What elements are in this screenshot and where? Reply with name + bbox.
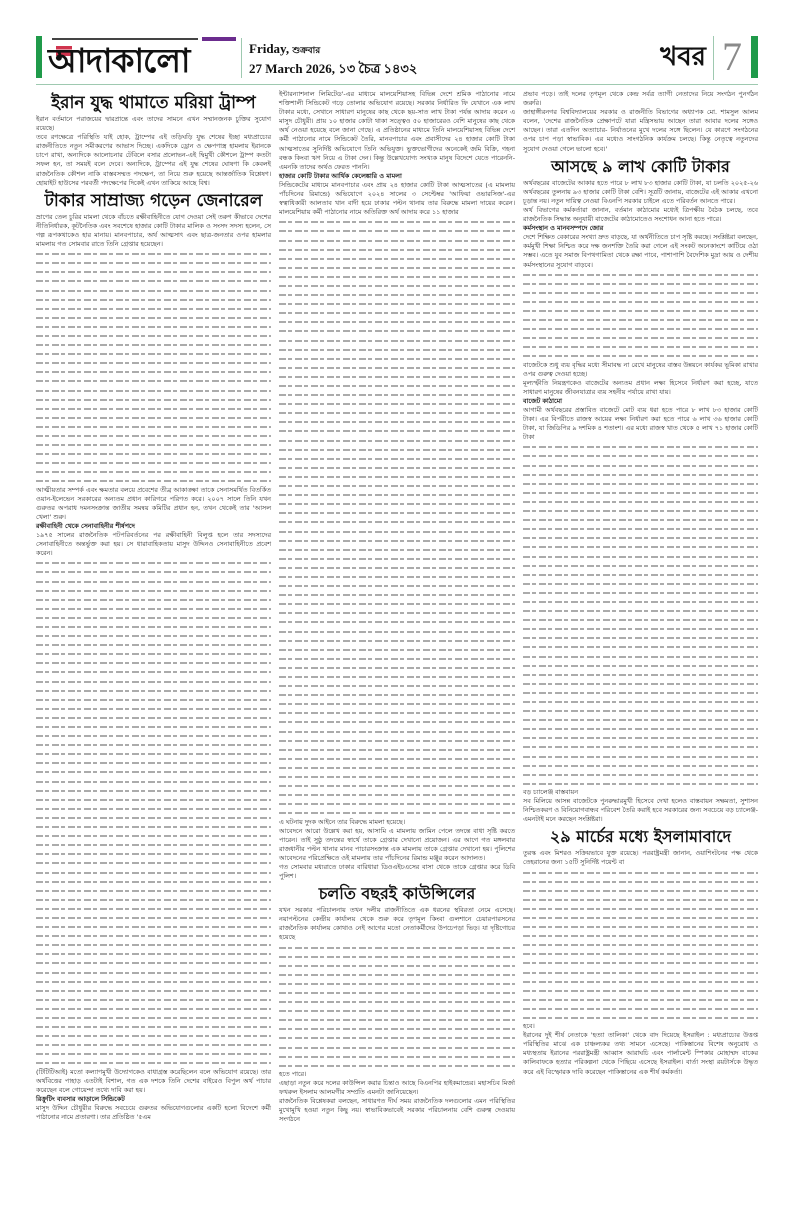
text-line xyxy=(36,986,271,995)
text-line xyxy=(36,313,271,322)
text-line xyxy=(523,633,758,642)
text-line xyxy=(36,886,271,895)
text-line xyxy=(523,506,758,515)
text-line xyxy=(279,1006,515,1015)
text-line xyxy=(36,358,271,367)
text-line xyxy=(279,263,515,272)
text-line xyxy=(36,995,271,1004)
text-line xyxy=(523,597,758,606)
text-line xyxy=(36,931,271,940)
text-line xyxy=(523,324,758,333)
text-line xyxy=(523,977,758,986)
text-line xyxy=(279,708,515,717)
text-line xyxy=(36,304,271,313)
text-line xyxy=(279,1033,515,1042)
article-subheading: বাজেট কাঠামো xyxy=(523,397,758,406)
text-line xyxy=(36,340,271,349)
text-line xyxy=(279,645,515,654)
text-line xyxy=(36,868,271,877)
text-line xyxy=(279,372,515,381)
article-subheading: রক্ষীবাহিনী থেকে সেনাবাহিনীর শীর্ষপদে xyxy=(36,522,271,531)
article-paragraph: আগামী অর্থবছরের প্রস্তাবিত বাজেটে মোট ব্… xyxy=(523,406,758,442)
text-line xyxy=(523,524,758,533)
article-body-continued xyxy=(279,943,515,1070)
text-line xyxy=(36,958,271,967)
text-line xyxy=(279,281,515,290)
text-line xyxy=(279,226,515,235)
article-paragraph: এছাড়া নতুন করে দলের কাউন্সিল করার চিন্ত… xyxy=(279,1079,515,1097)
text-line xyxy=(279,308,515,317)
text-line xyxy=(523,877,758,886)
text-line xyxy=(279,590,515,599)
text-line xyxy=(36,604,271,613)
text-line xyxy=(279,572,515,581)
text-line xyxy=(36,1049,271,1058)
dateline: Friday, শুক্রবার 27 March 2026, ১৩ চৈত্র… xyxy=(249,40,417,77)
text-line xyxy=(36,331,271,340)
text-line xyxy=(36,877,271,886)
text-line xyxy=(279,690,515,699)
text-line xyxy=(36,613,271,622)
text-line xyxy=(279,627,515,636)
text-line xyxy=(523,315,758,324)
text-line xyxy=(36,686,271,695)
text-line xyxy=(279,699,515,708)
text-line xyxy=(36,349,271,358)
article-paragraph: প্রভাব পড়ে। তাই দলের তৃণমূল থেকে কেন্দ্… xyxy=(523,90,758,108)
accent-bar-left xyxy=(36,36,42,78)
text-line xyxy=(36,622,271,631)
text-line xyxy=(36,749,271,758)
text-line xyxy=(279,317,515,326)
text-line xyxy=(523,895,758,904)
text-line xyxy=(279,527,515,536)
text-line xyxy=(523,552,758,561)
text-line xyxy=(279,326,515,335)
text-line xyxy=(279,781,515,790)
article-paragraph: বাজেটকে শুধু ব্যয় বৃদ্ধির মধ্যে সীমাবদ্… xyxy=(523,361,758,379)
text-line xyxy=(36,413,271,422)
text-line xyxy=(36,376,271,385)
article-body-continued xyxy=(523,270,758,361)
text-line xyxy=(279,545,515,554)
day-en: Friday, xyxy=(249,41,289,56)
text-line xyxy=(523,497,758,506)
text-line xyxy=(279,390,515,399)
text-line xyxy=(36,913,271,922)
text-line xyxy=(523,624,758,633)
text-line xyxy=(523,868,758,877)
text-line xyxy=(523,679,758,688)
text-line xyxy=(523,333,758,342)
text-line xyxy=(523,922,758,931)
text-line xyxy=(36,649,271,658)
text-line xyxy=(36,695,271,704)
article-paragraph: অর্থ বিভাগের কর্মকর্তারা জানান, বর্তমান … xyxy=(523,206,758,224)
text-line xyxy=(523,661,758,670)
text-line xyxy=(279,617,515,626)
article-paragraph: যখন সরকার পরিচালনায় তখন দলীয় রাজনীতিতে… xyxy=(279,906,515,942)
text-line xyxy=(279,254,515,263)
text-line xyxy=(36,558,271,567)
text-line xyxy=(279,970,515,979)
text-line xyxy=(36,895,271,904)
text-line xyxy=(523,761,758,770)
text-line xyxy=(523,688,758,697)
text-line xyxy=(36,849,271,858)
text-line xyxy=(279,599,515,608)
date-line: 27 March 2026, ১৩ চৈত্র ১৪৩২ xyxy=(249,60,417,77)
text-line xyxy=(36,567,271,576)
text-line xyxy=(523,706,758,715)
article-paragraph: হতে পারে। xyxy=(279,1070,515,1079)
article-body-continued xyxy=(523,442,758,788)
text-line xyxy=(523,1013,758,1022)
text-line xyxy=(279,517,515,526)
text-line xyxy=(36,658,271,667)
text-line xyxy=(523,652,758,661)
text-line xyxy=(523,451,758,460)
text-line xyxy=(523,986,758,995)
text-line xyxy=(523,904,758,913)
text-line xyxy=(36,640,271,649)
text-line xyxy=(279,663,515,672)
article-headline[interactable]: ২৯ মার্চের মধ্যে ইসলামাবাদে xyxy=(523,826,758,848)
text-line xyxy=(279,1015,515,1024)
article-paragraph: রাজনৈতিক বিশ্লেষকরা বলছেন, সাধারণত দীর্ঘ… xyxy=(279,1097,515,1124)
page-number-divider xyxy=(713,36,714,80)
text-line xyxy=(279,1061,515,1070)
text-line xyxy=(523,288,758,297)
text-line xyxy=(36,577,271,586)
text-line xyxy=(36,1013,271,1022)
article-body-continued xyxy=(279,217,515,817)
text-line xyxy=(279,345,515,354)
article-headline[interactable]: আসছে ৯ লাখ কোটি টাকার xyxy=(523,156,758,178)
text-line xyxy=(279,745,515,754)
text-line xyxy=(523,697,758,706)
text-line xyxy=(279,979,515,988)
text-line xyxy=(523,995,758,1004)
text-line xyxy=(279,681,515,690)
text-line xyxy=(279,481,515,490)
text-line xyxy=(523,670,758,679)
text-line xyxy=(36,395,271,404)
text-line xyxy=(523,715,758,724)
text-line xyxy=(279,354,515,363)
text-line xyxy=(36,1040,271,1049)
text-line xyxy=(523,1004,758,1013)
text-line xyxy=(279,763,515,772)
text-line xyxy=(279,408,515,417)
text-line xyxy=(36,704,271,713)
text-line xyxy=(279,508,515,517)
text-line xyxy=(523,270,758,279)
article-body-continued xyxy=(523,868,758,1023)
article-paragraph: মূল্যস্ফীতি নিয়ন্ত্রণকেও বাজেটের অন্যতম… xyxy=(523,379,758,397)
text-line xyxy=(523,770,758,779)
text-line xyxy=(279,236,515,245)
text-line xyxy=(36,449,271,458)
text-line xyxy=(36,295,271,304)
text-line xyxy=(36,367,271,376)
text-line xyxy=(279,672,515,681)
article-paragraph: মাসুদ উদ্দিন চৌধুরীর বিরুদ্ধে সবচেয়ে গু… xyxy=(36,1104,271,1122)
logo-rule xyxy=(52,38,198,40)
article-paragraph: অর্থবছরের বাজেটের আকার হতে পারে ৮ লাখ ৮৩… xyxy=(523,179,758,206)
text-line xyxy=(523,931,758,940)
article-paragraph: বড় চ্যালেঞ্জ বাস্তবায়ন xyxy=(523,788,758,797)
text-line xyxy=(279,299,515,308)
text-line xyxy=(36,740,271,749)
text-line xyxy=(523,579,758,588)
text-line xyxy=(36,440,271,449)
text-line xyxy=(36,795,271,804)
text-line xyxy=(279,436,515,445)
text-line xyxy=(36,631,271,640)
text-line xyxy=(36,813,271,822)
text-line xyxy=(36,922,271,931)
text-line xyxy=(279,445,515,454)
text-line xyxy=(523,488,758,497)
page-number: 7 xyxy=(722,34,742,80)
article-paragraph: হবে। xyxy=(523,1022,758,1031)
text-line xyxy=(279,754,515,763)
text-line xyxy=(279,799,515,808)
article-paragraph: এ ঘটনায় দুদক আইনে তার বিরুদ্ধে মামলা হয… xyxy=(279,818,515,827)
text-line xyxy=(36,858,271,867)
article-paragraph: তুরস্ক এবং মিশরও সক্রিয়ভাবে যুক্ত রয়েছ… xyxy=(523,849,758,867)
text-line xyxy=(523,958,758,967)
text-line xyxy=(523,588,758,597)
text-line xyxy=(36,458,271,467)
text-line xyxy=(279,636,515,645)
text-line xyxy=(36,831,271,840)
text-line xyxy=(36,949,271,958)
text-line xyxy=(523,913,758,922)
text-line xyxy=(523,642,758,651)
text-line xyxy=(36,322,271,331)
text-line xyxy=(36,840,271,849)
text-line xyxy=(279,727,515,736)
article-paragraph: ইরান বর্তমানে পরাজয়ের দ্বারপ্রান্তে এবং… xyxy=(36,115,271,133)
text-line xyxy=(36,1022,271,1031)
text-line xyxy=(279,490,515,499)
article-body-continued xyxy=(36,558,271,1067)
text-line xyxy=(279,736,515,745)
text-line xyxy=(523,779,758,788)
text-line xyxy=(36,777,271,786)
text-line xyxy=(36,786,271,795)
text-line xyxy=(523,515,758,524)
article-paragraph: ইরানের দুই শীর্ষ নেতাকে 'হত্যা তালিকা' থ… xyxy=(523,1031,758,1076)
text-line xyxy=(279,399,515,408)
newspaper-page: আদাকালো Friday, শুক্রবার 27 March 2026, … xyxy=(36,34,758,85)
text-line xyxy=(523,724,758,733)
masthead-divider xyxy=(241,38,242,78)
text-line xyxy=(279,1052,515,1061)
text-line xyxy=(523,733,758,742)
text-line xyxy=(36,422,271,431)
article-paragraph: সিন্ডিকেটের মাধ্যমে মানবপাচার এবং প্রায়… xyxy=(279,181,515,217)
text-line xyxy=(279,717,515,726)
text-line xyxy=(523,742,758,751)
text-line xyxy=(279,772,515,781)
text-line xyxy=(523,442,758,451)
day-bn: শুক্রবার xyxy=(292,46,320,56)
text-line xyxy=(279,417,515,426)
article-paragraph: (টিটিটিআই) মতো কল্যাণমুখী উদ্যোগকেও বাধা… xyxy=(36,1068,271,1095)
article-headline[interactable]: টাকার সাম্রাজ্য গড়েন জেনারেল xyxy=(36,190,271,212)
article-paragraph: ইন্টারন্যাশনাল লিমিটেড'-এর মাধ্যমে মালয়… xyxy=(279,90,515,172)
text-line xyxy=(36,476,271,485)
text-line xyxy=(279,363,515,372)
text-line xyxy=(523,461,758,470)
text-line xyxy=(36,1004,271,1013)
text-line xyxy=(36,713,271,722)
article-paragraph: গত সোমবার মধ্যরাতে ঢাকার বারিধারা ডিওএইচ… xyxy=(279,863,515,881)
accent-bar-right xyxy=(751,36,758,78)
text-line xyxy=(523,561,758,570)
text-line xyxy=(279,654,515,663)
text-line xyxy=(523,968,758,977)
column-1: ইরান যুদ্ধ থামাতে মরিয়া ট্রাম্পইরান বর্… xyxy=(36,90,271,1124)
text-line xyxy=(279,952,515,961)
text-line xyxy=(36,968,271,977)
text-line xyxy=(36,276,271,285)
text-line xyxy=(279,961,515,970)
article-paragraph: ১৯৭৫ সালের রাজনৈতিক পটপরিবর্তনের পর রক্ষ… xyxy=(36,531,271,558)
text-line xyxy=(523,752,758,761)
text-line xyxy=(36,431,271,440)
text-line xyxy=(36,404,271,413)
text-line xyxy=(523,342,758,351)
text-line xyxy=(279,290,515,299)
article-body-continued xyxy=(36,249,271,485)
text-line xyxy=(523,886,758,895)
newspaper-logo[interactable]: আদাকালো xyxy=(48,36,236,80)
text-line xyxy=(279,563,515,572)
text-line xyxy=(36,286,271,295)
text-line xyxy=(36,1031,271,1040)
article-subheading: রিক্রুটিং ব্যবসার আড়ালে সিন্ডিকেট xyxy=(36,1095,271,1104)
article-paragraph: আবেদনে আরো উল্লেখ করা হয়, আসামি এ মামলা… xyxy=(279,827,515,863)
logo-tag xyxy=(202,37,236,41)
article-subheading: কর্মসংস্থান ও মানবসম্পদে জোর xyxy=(523,224,758,233)
text-line xyxy=(279,426,515,435)
text-line xyxy=(279,943,515,952)
text-line xyxy=(279,536,515,545)
text-line xyxy=(279,988,515,997)
text-line xyxy=(279,217,515,226)
text-line xyxy=(36,386,271,395)
text-line xyxy=(279,381,515,390)
text-line xyxy=(36,595,271,604)
text-line xyxy=(523,615,758,624)
text-line xyxy=(36,667,271,676)
article-paragraph: দেশে শিক্ষিত বেকারের সংখ্যা দ্রুত বাড়ছে… xyxy=(523,233,758,269)
text-line xyxy=(36,822,271,831)
text-line xyxy=(523,306,758,315)
article-headline[interactable]: ইরান যুদ্ধ থামাতে মরিয়া ট্রাম্প xyxy=(36,92,271,114)
article-paragraph: ভ্রাণের তেল চুরির মামলা থেকে বাঁচতে রক্ষ… xyxy=(36,213,271,249)
text-line xyxy=(279,454,515,463)
text-line xyxy=(523,949,758,958)
text-line xyxy=(279,554,515,563)
article-subheading: হাজার কোটি টাকার আর্থিক কেলেঙ্কারি ও মাম… xyxy=(279,172,515,181)
text-line xyxy=(279,581,515,590)
text-line xyxy=(36,258,271,267)
article-paragraph: তবে রণক্ষেত্রে পরিস্থিতি যাই হোক, ট্রাম্… xyxy=(36,133,271,188)
text-line xyxy=(523,533,758,542)
article-paragraph: আত্মীয়তার সম্পর্ক এবং ক্ষমতার বলয়ে প্র… xyxy=(36,486,271,522)
text-line xyxy=(279,808,515,817)
text-line xyxy=(36,586,271,595)
column-2: ইন্টারন্যাশনাল লিমিটেড'-এর মাধ্যমে মালয়… xyxy=(279,90,515,1124)
text-line xyxy=(36,804,271,813)
text-line xyxy=(36,758,271,767)
masthead: আদাকালো Friday, শুক্রবার 27 March 2026, … xyxy=(36,34,758,85)
text-line xyxy=(279,997,515,1006)
text-line xyxy=(523,479,758,488)
text-line xyxy=(36,467,271,476)
text-line xyxy=(279,608,515,617)
text-line xyxy=(523,940,758,949)
article-columns: ইরান যুদ্ধ থামাতে মরিয়া ট্রাম্পইরান বর্… xyxy=(36,90,758,1124)
article-paragraph: সব মিলিয়ে আসন্ন বাজেটকে পুনরুদ্ধারমুখী … xyxy=(523,797,758,824)
logo-text: আদাকালো xyxy=(48,42,189,80)
text-line xyxy=(279,1024,515,1033)
text-line xyxy=(36,267,271,276)
text-line xyxy=(279,463,515,472)
text-line xyxy=(523,297,758,306)
text-line xyxy=(279,499,515,508)
text-line xyxy=(36,731,271,740)
text-line xyxy=(523,279,758,288)
text-line xyxy=(279,1043,515,1052)
text-line xyxy=(36,977,271,986)
text-line xyxy=(36,1058,271,1067)
text-line xyxy=(523,470,758,479)
text-line xyxy=(279,472,515,481)
text-line xyxy=(36,249,271,258)
text-line xyxy=(36,722,271,731)
text-line xyxy=(523,542,758,551)
text-line xyxy=(36,677,271,686)
article-headline[interactable]: চলতি বছরই কাউন্সিলের xyxy=(279,883,515,905)
text-line xyxy=(279,272,515,281)
text-line xyxy=(523,606,758,615)
text-line xyxy=(36,904,271,913)
text-line xyxy=(523,570,758,579)
column-3: প্রভাব পড়ে। তাই দলের তৃণমূল থেকে কেন্দ্… xyxy=(523,90,758,1124)
text-line xyxy=(36,940,271,949)
text-line xyxy=(36,767,271,776)
text-line xyxy=(279,790,515,799)
text-line xyxy=(523,351,758,360)
section-title: খবর xyxy=(660,38,706,76)
article-paragraph: জাহাঙ্গীরনগর বিশ্ববিদ্যালয়ের সরকার ও রা… xyxy=(523,108,758,153)
text-line xyxy=(279,336,515,345)
text-line xyxy=(279,245,515,254)
